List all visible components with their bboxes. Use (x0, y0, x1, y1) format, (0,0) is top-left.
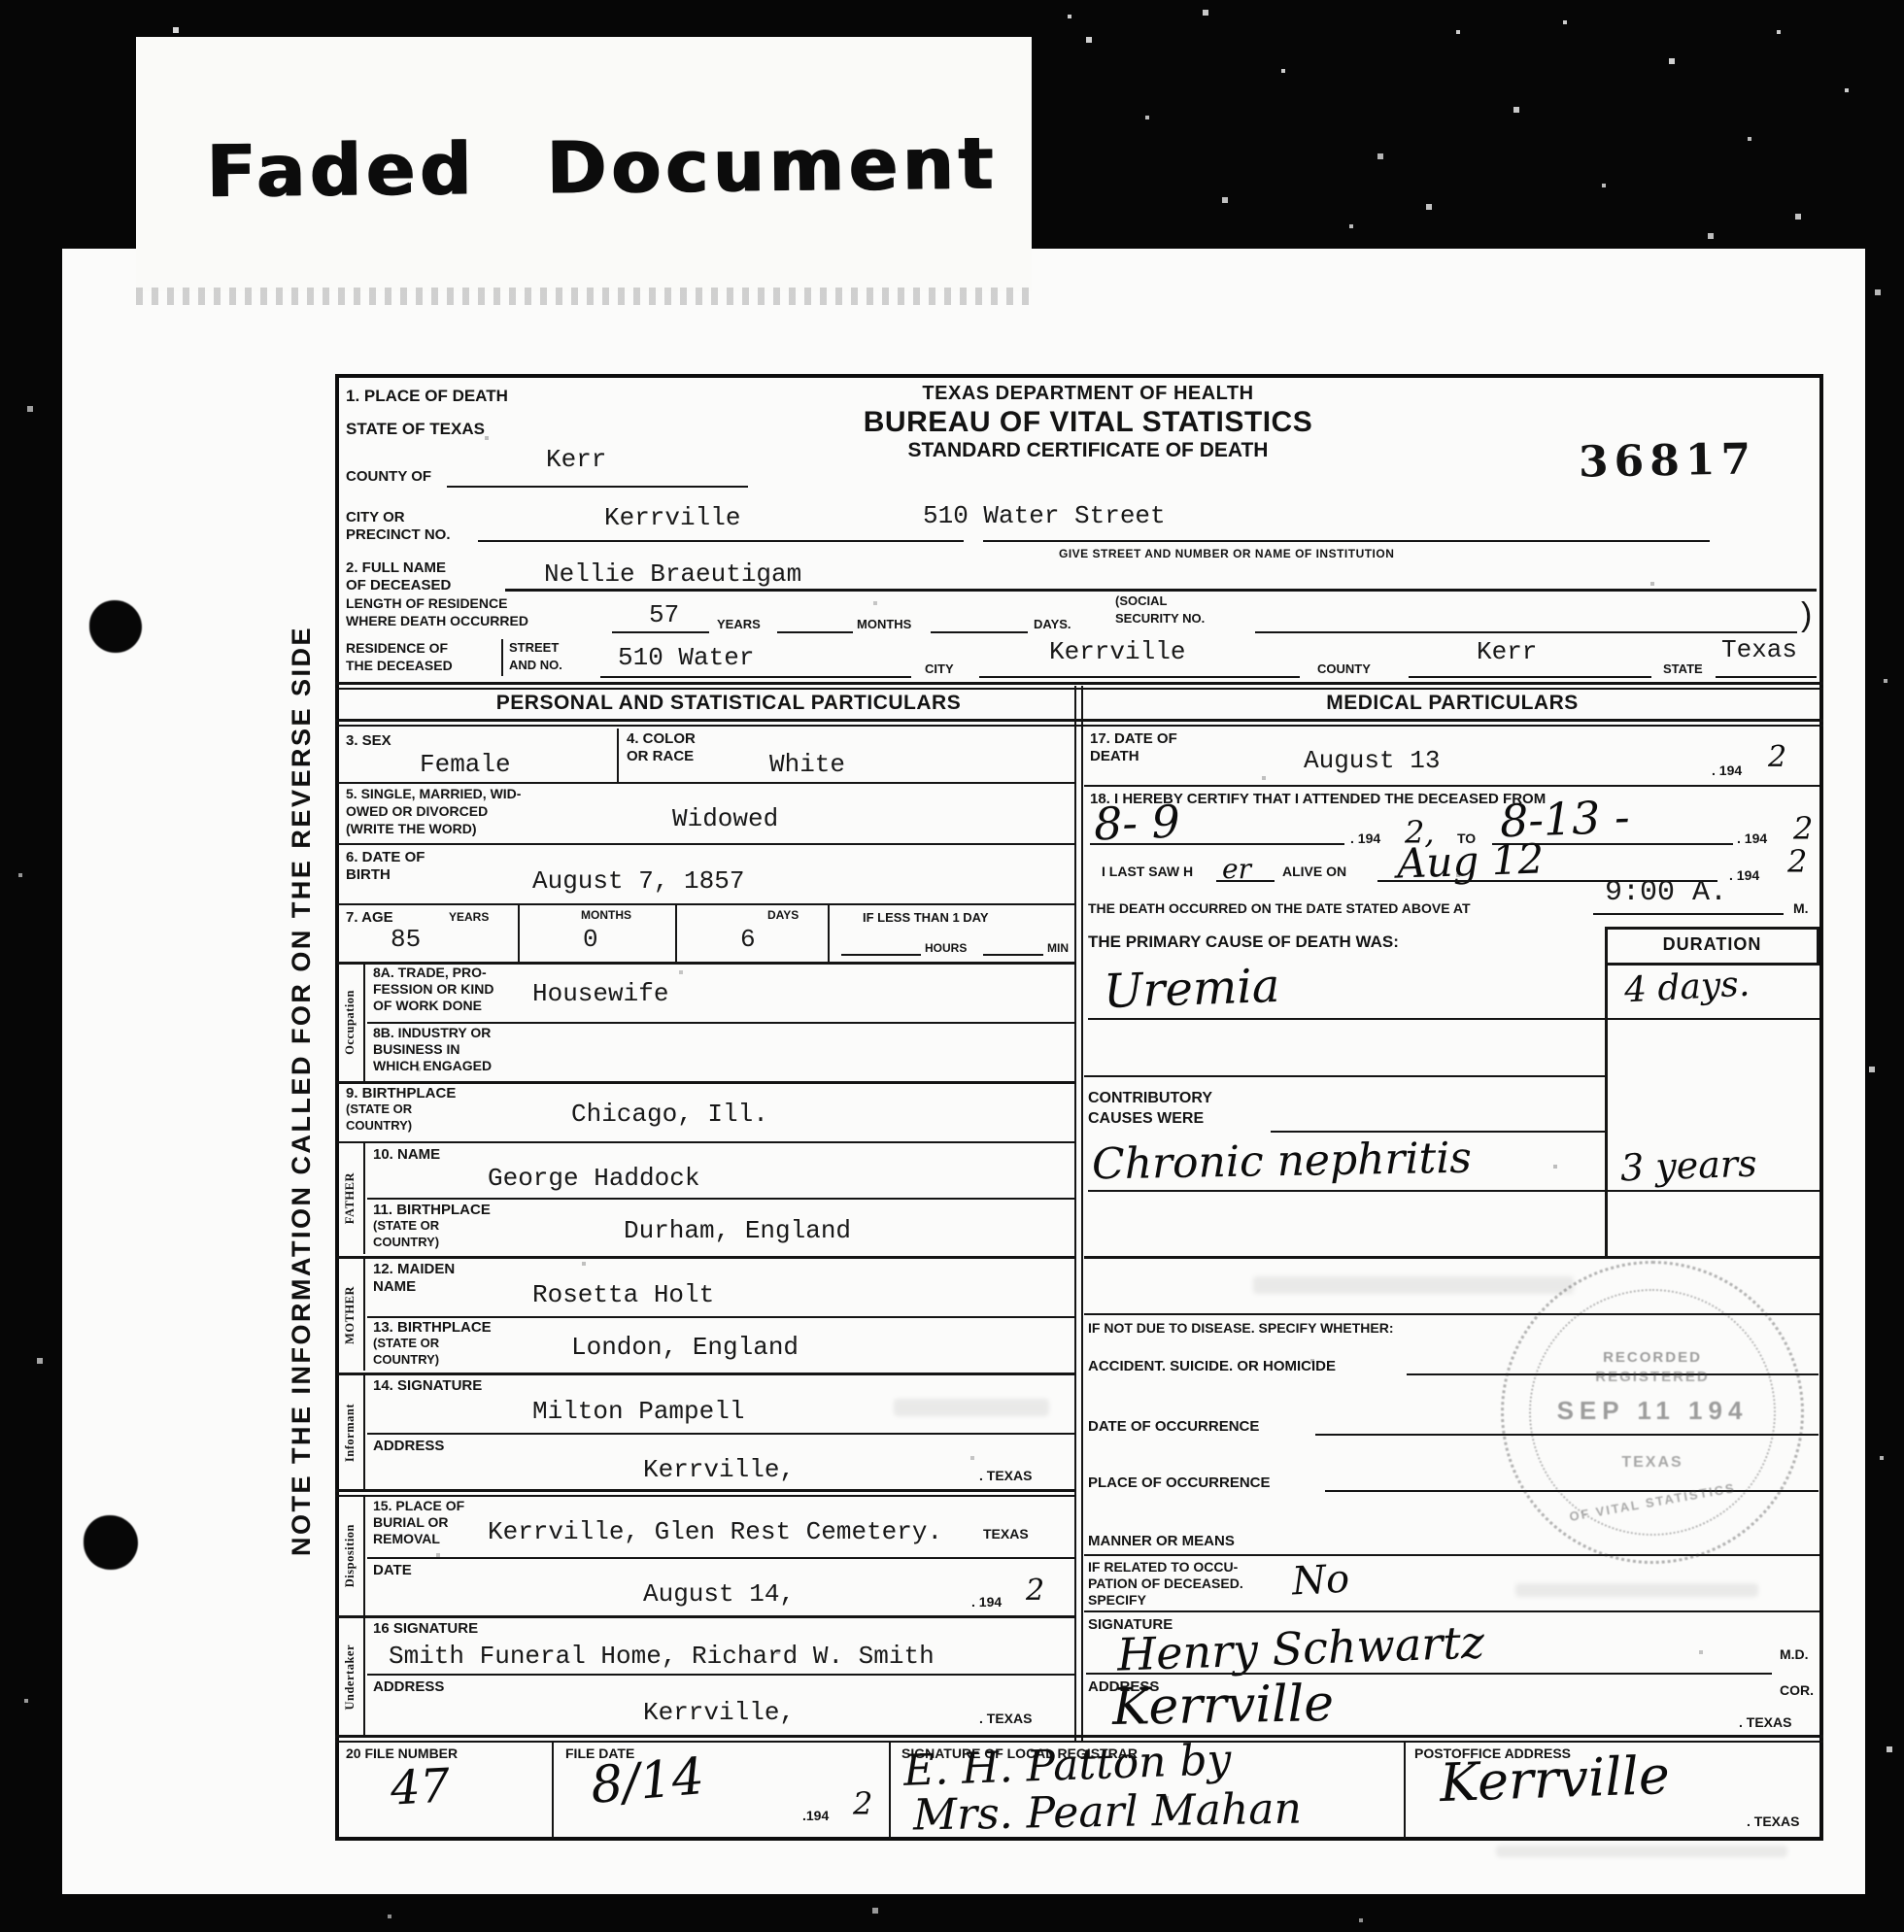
occurred-m-label: M. (1793, 901, 1809, 917)
birthplace-value: Chicago, Ill. (571, 1100, 768, 1129)
undertaker-addr-label: ADDRESS (373, 1678, 444, 1695)
birth-label2: BIRTH (346, 866, 391, 883)
residence-length-label2: WHERE DEATH OCCURRED (346, 614, 528, 629)
months-underline (777, 631, 853, 633)
res-city-value: Kerrville (1049, 637, 1185, 666)
birthplace-label1: 9. BIRTHPLACE (346, 1085, 456, 1102)
age-months-value: 0 (583, 925, 598, 954)
certify-year1-printed: . 194 (1350, 831, 1380, 847)
contrib-label1: CONTRIBUTORY (1088, 1090, 1212, 1107)
res-city-underline (979, 676, 1300, 678)
father-name-label: 10. NAME (373, 1146, 440, 1163)
residence-of-label2: THE DECEASED (346, 659, 453, 674)
birthplace-label3: COUNTRY) (346, 1119, 412, 1134)
full-name-label2: OF DECEASED (346, 577, 451, 593)
reverse-side-note: NOTE THE INFORMATION CALLED FOR ON THE R… (280, 649, 323, 1533)
informant-addr-state: . TEXAS (979, 1469, 1032, 1484)
age-div2 (675, 903, 677, 962)
row9-line (337, 1141, 1074, 1143)
age-hours-label: HOURS (925, 942, 967, 956)
blank-cause-line (1084, 1075, 1605, 1077)
marital-value: Widowed (672, 804, 778, 833)
marital-label3: (WRITE THE WORD) (346, 822, 477, 837)
dod-label1: 17. DATE OF (1090, 730, 1177, 747)
informant-sig-label: 14. SIGNATURE (373, 1377, 482, 1394)
res-state-value: Texas (1721, 635, 1797, 664)
lastsaw-year-printed: . 194 (1729, 868, 1759, 884)
years-underline (612, 631, 709, 633)
stamp-line-registered: REGISTERED (1504, 1369, 1801, 1385)
street-no-label1: STREET (509, 641, 559, 656)
dod-label2: DEATH (1090, 748, 1139, 764)
occu-label3: SPECIFY (1088, 1593, 1146, 1609)
row10-line (367, 1198, 1074, 1200)
residence-length-label1: LENGTH OF RESIDENCE (346, 596, 507, 612)
birth-value: August 7, 1857 (532, 866, 744, 896)
age-div3 (828, 903, 830, 962)
ssn-paren: ) (1801, 596, 1812, 634)
county-value: Kerr (546, 445, 606, 474)
age-div1 (518, 903, 520, 962)
color-value: White (769, 750, 845, 779)
city-underline (478, 540, 964, 542)
father-name-value: George Haddock (488, 1164, 699, 1193)
personal-section-header: PERSONAL AND STATISTICAL PARTICULARS (389, 692, 1069, 715)
row-occu-line (1084, 1610, 1819, 1612)
primary-duration-value: 4 days. (1623, 965, 1751, 1011)
age-min-label: MIN (1047, 942, 1069, 956)
street-value: 510 Water Street (923, 501, 1166, 530)
scanned-death-certificate: Faded Document NOTE THE INFORMATION CALL… (0, 0, 1904, 1932)
birthplace-label2: (STATE OR (346, 1102, 412, 1117)
sex-color-divider (617, 729, 619, 782)
burial-label1: 15. PLACE OF (373, 1499, 464, 1514)
mother-side-text: MOTHER (343, 1286, 357, 1344)
dept-line3: STANDARD CERTIFICATE OF DEATH (797, 439, 1379, 462)
dod-value: August 13 (1304, 746, 1440, 775)
contrib-cause-value: Chronic nephritis (1092, 1134, 1473, 1190)
contrib-label2: CAUSES WERE (1088, 1110, 1204, 1128)
ssn-label1: (SOCIAL (1115, 594, 1167, 609)
physician-addr-value: Kerrville (1111, 1675, 1334, 1737)
lastsaw-year-handwritten: 2 (1787, 843, 1807, 880)
row15b-line (337, 1615, 1074, 1618)
row17-line (1084, 785, 1819, 787)
disposition-side-text: Disposition (343, 1524, 357, 1587)
torn-edge (136, 288, 1032, 305)
res-county-value: Kerr (1477, 637, 1537, 666)
occupation-side-text: Occupation (343, 990, 357, 1055)
mother-name-label2: NAME (373, 1278, 416, 1295)
center-divider-right (1081, 686, 1083, 1741)
occu-label1: IF RELATED TO OCCU- (1088, 1560, 1238, 1576)
days-label: DAYS. (1034, 618, 1071, 632)
burial-state: TEXAS (983, 1527, 1029, 1542)
undertaker-addr-state: . TEXAS (979, 1712, 1032, 1727)
postoffice-state: . TEXAS (1747, 1814, 1799, 1830)
res-street-value: 510 Water (618, 643, 754, 672)
dept-line2: BUREAU OF VITAL STATISTICS (748, 406, 1428, 439)
informant-addr-value: Kerrville, (643, 1455, 795, 1484)
primary-cause-value: Uremia (1103, 959, 1280, 1019)
row11-line (337, 1256, 1074, 1259)
months-label: MONTHS (857, 618, 911, 632)
medical-section-header: MEDICAL PARTICULARS (1137, 692, 1768, 715)
stamp-line-recorded: RECORDED (1504, 1349, 1801, 1366)
street-caption: GIVE STREET AND NUMBER OR NAME OF INSTIT… (1059, 548, 1394, 561)
father-side-text: FATHER (343, 1172, 357, 1224)
row14-line (367, 1433, 1074, 1435)
undertaker-sig-label: 16 SIGNATURE (373, 1620, 478, 1637)
burial-date-label: DATE (373, 1562, 412, 1578)
mother-side-label: MOTHER (337, 1259, 365, 1371)
industry-label3: WHICH ENGAGED (373, 1059, 492, 1074)
res-state-label: STATE (1663, 662, 1703, 677)
occupation-side-label: Occupation (337, 964, 365, 1081)
age-days-label: DAYS (767, 909, 799, 923)
city-label-line2: PRECINCT NO. (346, 526, 451, 543)
informant-sig-value: Milton Pampell (532, 1397, 744, 1426)
occurred-label: THE DEATH OCCURRED ON THE DATE STATED AB… (1088, 901, 1471, 917)
dod-year-handwritten: 2 (1768, 740, 1786, 774)
undertaker-sig-value: Smith Funeral Home, Richard W. Smith (389, 1642, 935, 1671)
burial-year-printed: . 194 (971, 1595, 1002, 1610)
burial-year-handwritten: 2 (1026, 1574, 1044, 1608)
mother-name-value: Rosetta Holt (532, 1280, 714, 1309)
physician-addr-state: . TEXAS (1739, 1715, 1791, 1731)
residence-of-label1: RESIDENCE OF (346, 641, 448, 657)
burial-date-value: August 14, (643, 1579, 795, 1609)
divider-under-section-headers (335, 719, 1823, 727)
city-label-line1: CITY OR (346, 509, 405, 525)
occurred-time-value: 9:00 A. (1605, 876, 1727, 909)
row16-line (367, 1674, 1074, 1676)
trade-value: Housewife (532, 979, 668, 1008)
sex-label: 3. SEX (346, 732, 391, 749)
informant-side-text: Informant (343, 1404, 357, 1462)
occu-label2: PATION OF DECEASED. (1088, 1576, 1243, 1592)
physician-md-label: M.D. (1780, 1647, 1809, 1663)
place-of-death-label: 1. PLACE OF DEATH (346, 387, 508, 405)
registrar-stamp: RECORDED REGISTERED SEP 11 194 TEXAS OF … (1501, 1261, 1804, 1564)
divider-under-residence (335, 682, 1823, 690)
birth-label1: 6. DATE OF (346, 849, 425, 865)
trade-label1: 8A. TRADE, PRO- (373, 966, 487, 981)
color-label2: OR RACE (627, 748, 694, 764)
marital-label1: 5. SINGLE, MARRIED, WID- (346, 787, 521, 802)
burial-label3: REMOVAL (373, 1532, 440, 1547)
father-side-label: FATHER (337, 1143, 365, 1254)
undertaker-side-label: Undertaker (337, 1618, 365, 1736)
file-year-printed: .194 (802, 1809, 829, 1824)
lastsaw-her-underline (1216, 880, 1275, 882)
faded-mark-1 (894, 1399, 1049, 1416)
undertaker-addr-value: Kerrville, (643, 1698, 795, 1727)
res-county-underline (1409, 676, 1651, 678)
hours-underline (841, 954, 921, 956)
informant-side-label: Informant (337, 1375, 365, 1491)
state-of-texas-label: STATE OF TEXAS (346, 420, 485, 438)
age-years-label: YEARS (449, 911, 489, 925)
dod-year-printed: . 194 (1712, 763, 1742, 779)
contrib-cause-underline (1088, 1190, 1819, 1192)
row15-line (367, 1557, 1074, 1559)
physician-cor-label: COR. (1780, 1683, 1814, 1699)
undertaker-side-text: Undertaker (343, 1644, 357, 1711)
father-bp-value: Durham, England (624, 1216, 851, 1245)
duration-label: DURATION (1605, 934, 1819, 955)
accident-label: ACCIDENT. SUICIDE. OR HOMICIDE (1088, 1358, 1336, 1374)
mother-bp-value: London, England (571, 1333, 799, 1362)
paper-dust-specks (0, 0, 2, 2)
physician-sig-underline (1086, 1673, 1772, 1675)
row-manner-line (1084, 1554, 1819, 1556)
row-informant-line (335, 1489, 1074, 1497)
full-name-value: Nellie Braeutigam (544, 559, 801, 589)
row3-line (337, 782, 1074, 784)
punch-hole-bottom (84, 1515, 138, 1570)
place-occurrence-label: PLACE OF OCCURRENCE (1088, 1474, 1271, 1491)
postoffice-value: Kerrville (1439, 1745, 1671, 1813)
residence-brace (501, 639, 503, 676)
lastsaw-label1: I LAST SAW H (1102, 864, 1193, 880)
date-occurrence-label: DATE OF OCCURRENCE (1088, 1418, 1259, 1435)
min-underline (983, 954, 1043, 956)
certify-year2-printed: . 194 (1737, 831, 1767, 847)
duration-column-divider (1605, 966, 1608, 1256)
center-divider-left (1074, 686, 1076, 1741)
row13-line (337, 1373, 1074, 1375)
dept-line1: TEXAS DEPARTMENT OF HEALTH (797, 383, 1379, 405)
father-bp-label2: (STATE OR (373, 1219, 439, 1234)
city-value: Kerrville (604, 503, 740, 532)
lastsaw-label2: ALIVE ON (1282, 864, 1346, 880)
trade-label2: FESSION OR KIND (373, 982, 493, 998)
file-year-handwritten: 2 (853, 1785, 872, 1822)
file-number-value: 47 (390, 1758, 452, 1815)
ssn-underline (1255, 631, 1797, 633)
marital-label2: OWED OR DIVORCED (346, 804, 488, 820)
file-date-value: 8/14 (589, 1747, 707, 1815)
industry-label2: BUSINESS IN (373, 1042, 459, 1058)
street-underline (983, 540, 1710, 542)
mother-bp-label3: COUNTRY) (373, 1353, 439, 1368)
banner-title: Faded Document (206, 122, 998, 215)
faded-mark-3 (1515, 1583, 1758, 1597)
age-less-label: IF LESS THAN 1 DAY (863, 911, 989, 926)
footer-div3 (1404, 1743, 1406, 1839)
contrib-duration-value: 3 years (1619, 1142, 1757, 1190)
residence-years-value: 57 (649, 600, 679, 629)
faded-document-banner: Faded Document (136, 37, 1032, 291)
res-city-label: CITY (925, 662, 954, 677)
primary-cause-underline (1088, 1018, 1819, 1020)
row8b-line (337, 1081, 1074, 1084)
years-label: YEARS (717, 618, 761, 632)
occurred-underline (1593, 913, 1784, 915)
color-label1: 4. COLOR (627, 730, 696, 747)
row12-line (367, 1316, 1074, 1318)
stamp-line-date: SEP 11 194 (1504, 1396, 1801, 1426)
mother-bp-label2: (STATE OR (373, 1337, 439, 1351)
primary-cause-label: THE PRIMARY CAUSE OF DEATH WAS: (1088, 932, 1399, 951)
row6-line (337, 903, 1074, 905)
contrib-label-underline (1271, 1131, 1605, 1133)
footer-div1 (552, 1743, 554, 1839)
row-contrib-line (1084, 1256, 1819, 1259)
res-street-underline (600, 676, 911, 678)
certificate-number: 36817 (1579, 435, 1757, 487)
age-label: 7. AGE (346, 909, 393, 926)
full-name-label1: 2. FULL NAME (346, 559, 446, 576)
reverse-side-note-text: NOTE THE INFORMATION CALLED FOR ON THE R… (287, 626, 317, 1556)
stamp-line-texas: TEXAS (1504, 1454, 1801, 1472)
mother-name-label1: 12. MAIDEN (373, 1261, 455, 1277)
street-no-label2: AND NO. (509, 659, 562, 673)
manner-label: MANNER OR MEANS (1088, 1533, 1235, 1549)
certify-from-underline (1090, 843, 1344, 845)
full-name-underline (505, 589, 1817, 592)
trade-label3: OF WORK DONE (373, 999, 482, 1014)
row8a-line (367, 1022, 1074, 1024)
county-of-label: COUNTY OF (346, 468, 431, 485)
industry-label1: 8B. INDUSTRY OR (373, 1026, 491, 1041)
mother-bp-label1: 13. BIRTHPLACE (373, 1319, 492, 1336)
age-days-value: 6 (740, 925, 756, 954)
certificate-border (335, 374, 1823, 1841)
res-county-label: COUNTY (1317, 662, 1371, 677)
ssn-label2: SECURITY NO. (1115, 612, 1205, 627)
row5-line (337, 843, 1074, 845)
res-state-underline (1716, 676, 1817, 678)
burial-value: Kerrville, Glen Rest Cemetery. (488, 1517, 942, 1546)
faded-mark-4 (1496, 1846, 1787, 1857)
father-bp-label3: COUNTRY) (373, 1236, 439, 1250)
county-underline (447, 486, 748, 488)
informant-addr-label: ADDRESS (373, 1438, 444, 1454)
footer-div2 (889, 1743, 891, 1839)
disposition-side-label: Disposition (337, 1497, 365, 1615)
registrar-signature-line2: Mrs. Pearl Mahan (913, 1784, 1303, 1841)
faded-mark-2 (1253, 1276, 1574, 1294)
age-years-value: 85 (391, 925, 421, 954)
days-underline (931, 631, 1028, 633)
certify-from-value: 8- 9 (1093, 795, 1181, 850)
certify-year2-handwritten: 2 (1793, 810, 1813, 847)
father-bp-label1: 11. BIRTHPLACE (373, 1202, 491, 1218)
sex-value: Female (420, 750, 511, 779)
notdisease-label: IF NOT DUE TO DISEASE. SPECIFY WHETHER: (1088, 1321, 1394, 1337)
punch-hole-top (89, 600, 142, 653)
occu-value-handwritten: No (1291, 1556, 1350, 1604)
burial-label2: BURIAL OR (373, 1515, 449, 1531)
age-months-label: MONTHS (581, 909, 631, 923)
